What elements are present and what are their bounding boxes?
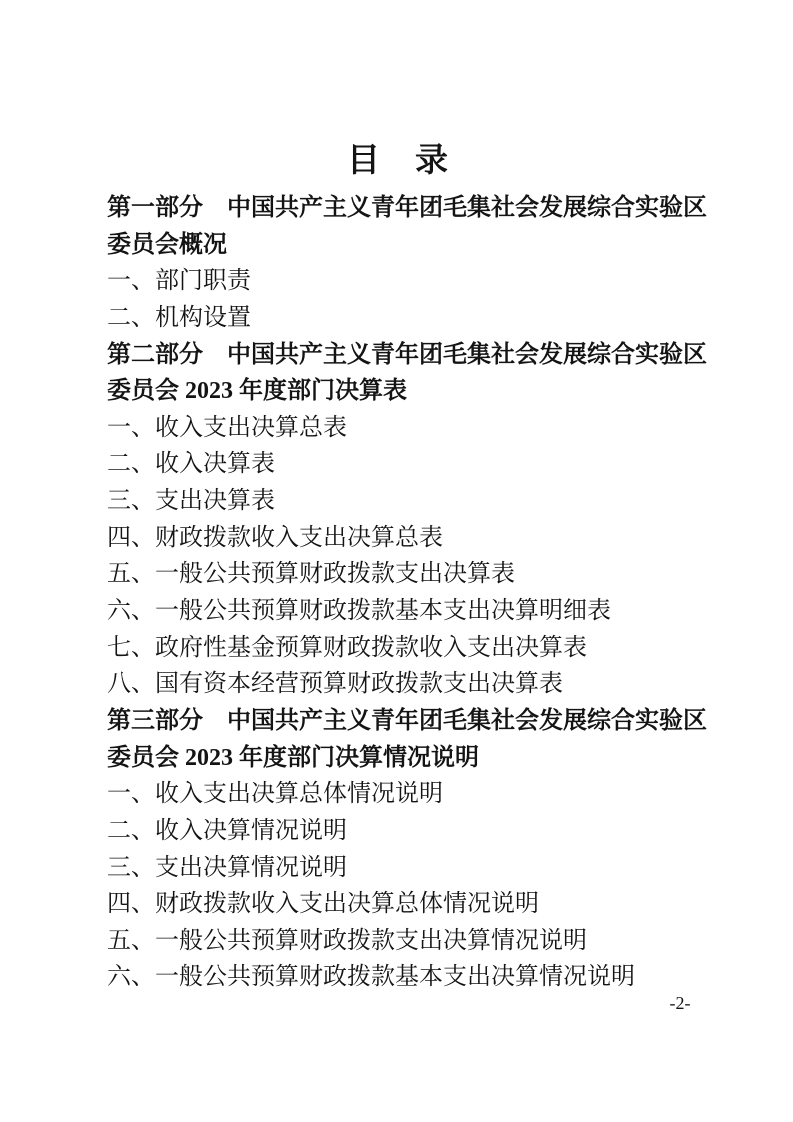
toc-item: 二、机构设置 [107, 300, 689, 337]
toc-section-heading: 第二部分 中国共产主义青年团毛集社会发展综合实验区 [107, 337, 689, 374]
toc-item: 一、部门职责 [107, 263, 689, 300]
toc-item: 一、收入支出决算总表 [107, 410, 689, 447]
toc-item: 四、财政拨款收入支出决算总表 [107, 520, 689, 557]
toc-section-heading: 委员会 2023 年度部门决算情况说明 [107, 740, 689, 777]
toc-section-heading: 第三部分 中国共产主义青年团毛集社会发展综合实验区 [107, 703, 689, 740]
document-title: 目 录 [107, 140, 689, 190]
toc-item: 二、收入决算表 [107, 446, 689, 483]
page-number: -2- [652, 991, 708, 1015]
toc-item: 三、支出决算表 [107, 483, 689, 520]
toc-item: 六、一般公共预算财政拨款基本支出决算情况说明 [107, 959, 689, 996]
toc-section-heading: 委员会概况 [107, 227, 689, 264]
toc-list: 第一部分 中国共产主义青年团毛集社会发展综合实验区委员会概况一、部门职责二、机构… [107, 190, 689, 996]
toc-item: 三、支出决算情况说明 [107, 850, 689, 887]
toc-item: 四、财政拨款收入支出决算总体情况说明 [107, 886, 689, 923]
toc-section-heading: 第一部分 中国共产主义青年团毛集社会发展综合实验区 [107, 190, 689, 227]
toc-item: 六、一般公共预算财政拨款基本支出决算明细表 [107, 593, 689, 630]
toc-item: 八、国有资本经营预算财政拨款支出决算表 [107, 666, 689, 703]
toc-section-heading: 委员会 2023 年度部门决算表 [107, 373, 689, 410]
document-page: 目 录 第一部分 中国共产主义青年团毛集社会发展综合实验区委员会概况一、部门职责… [0, 0, 793, 1122]
toc-item: 五、一般公共预算财政拨款支出决算情况说明 [107, 923, 689, 960]
toc-item: 七、政府性基金预算财政拨款收入支出决算表 [107, 630, 689, 667]
toc-item: 五、一般公共预算财政拨款支出决算表 [107, 556, 689, 593]
toc-item: 一、收入支出决算总体情况说明 [107, 776, 689, 813]
toc-content: 目 录 第一部分 中国共产主义青年团毛集社会发展综合实验区委员会概况一、部门职责… [107, 140, 689, 996]
toc-item: 二、收入决算情况说明 [107, 813, 689, 850]
